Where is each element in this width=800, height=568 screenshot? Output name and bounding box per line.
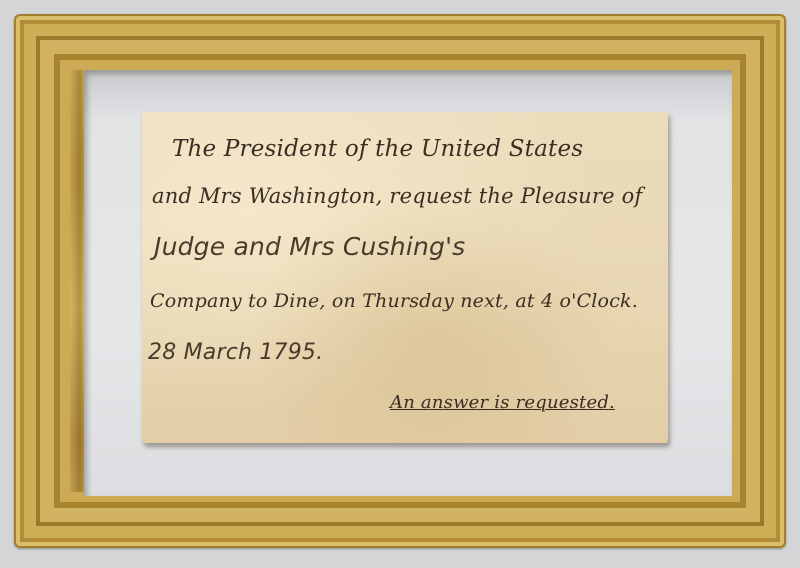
rsvp-line: An answer is requested. <box>390 392 615 413</box>
invitation-card: The President of the United States and M… <box>142 112 668 443</box>
date-handwritten: 28 March 1795. <box>148 340 323 365</box>
invitation-dinner-line: Company to Dine, on Thursday next, at 4 … <box>150 290 638 312</box>
guest-names-handwritten: Judge and Mrs Cushing's <box>154 232 465 261</box>
invitation-request-line: and Mrs Washington, request the Pleasure… <box>152 184 642 208</box>
invitation-heading: The President of the United States <box>172 136 583 162</box>
